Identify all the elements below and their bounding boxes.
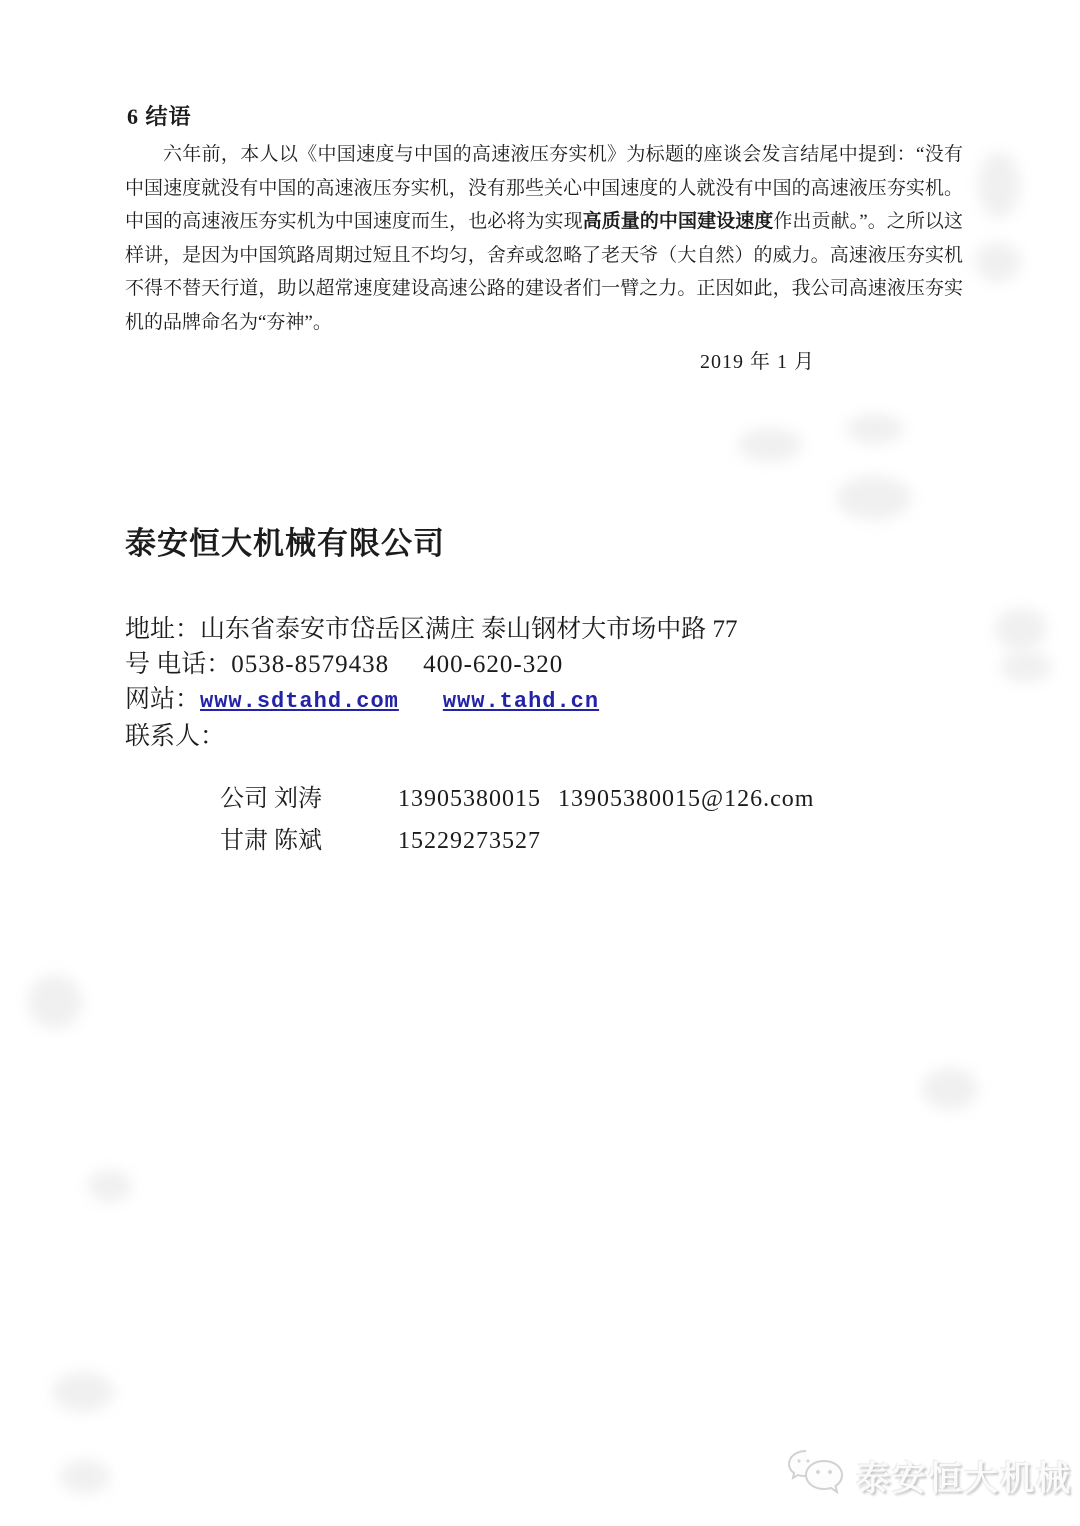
brand-watermark: 泰安恒大机械 <box>786 1447 1072 1504</box>
conclusion-paragraph: 六年前，本人以《中国速度与中国的高速液压夯实机》为标题的座谈会发言结尾中提到：“… <box>125 138 963 339</box>
phone-line-prefix: 号 电话： <box>125 651 231 678</box>
website-link-tahd[interactable]: www.tahd.cn <box>443 689 599 714</box>
company-info-block: 地址：山东省泰安市岱岳区满庄 泰山钢材大市场中路 77 号 电话：0538-85… <box>125 612 963 754</box>
paragraph-bold-phrase: 高质量的中国建设速度 <box>583 211 774 232</box>
scan-artifact <box>60 1460 110 1494</box>
scan-artifact <box>836 476 912 520</box>
contact-label: 联系人： <box>125 719 963 754</box>
scan-artifact <box>922 1068 978 1110</box>
contact-email: 13905380015@126.com <box>558 778 814 820</box>
document-page: 6 结语 六年前，本人以《中国速度与中国的高速液压夯实机》为标题的座谈会发言结尾… <box>0 0 1080 1526</box>
watermark-brand-text: 泰安恒大机械 <box>856 1451 1072 1500</box>
scan-artifact <box>995 608 1047 650</box>
scan-artifact <box>88 1170 132 1202</box>
wechat-icon <box>786 1447 848 1504</box>
scan-artifact <box>1000 652 1052 682</box>
website-label: 网站： <box>125 686 200 713</box>
phone-number-landline: 0538-8579438 <box>231 651 389 678</box>
scan-artifact <box>738 428 802 462</box>
contact-row: 公司 刘涛 13905380015 13905380015@126.com <box>220 778 814 820</box>
website-link-sdtahd[interactable]: www.sdtahd.com <box>200 689 399 714</box>
phone-number-hotline: 400-620-320 <box>423 651 563 678</box>
scan-artifact <box>978 152 1020 218</box>
scan-artifact <box>52 1372 114 1412</box>
document-date: 2019 年 1 月 <box>700 345 815 374</box>
contact-table: 公司 刘涛 13905380015 13905380015@126.com 甘肃… <box>220 778 814 862</box>
address-line-1: 地址：山东省泰安市岱岳区满庄 泰山钢材大市场中路 77 <box>125 612 963 647</box>
scan-artifact <box>846 414 904 444</box>
scan-artifact <box>975 242 1021 282</box>
scan-artifact <box>28 975 82 1029</box>
website-line: 网站：www.sdtahd.comwww.tahd.cn <box>125 682 963 719</box>
company-name: 泰安恒大机械有限公司 <box>125 518 445 563</box>
contact-row: 甘肃 陈斌 15229273527 <box>220 820 814 862</box>
section-heading: 6 结语 <box>127 100 192 131</box>
phone-line: 号 电话：0538-8579438400-620-320 <box>125 647 963 682</box>
contact-phone: 15229273527 <box>398 820 558 862</box>
contact-name: 公司 刘涛 <box>220 778 398 820</box>
contact-phone: 13905380015 <box>398 778 558 820</box>
contact-name: 甘肃 陈斌 <box>220 820 398 862</box>
